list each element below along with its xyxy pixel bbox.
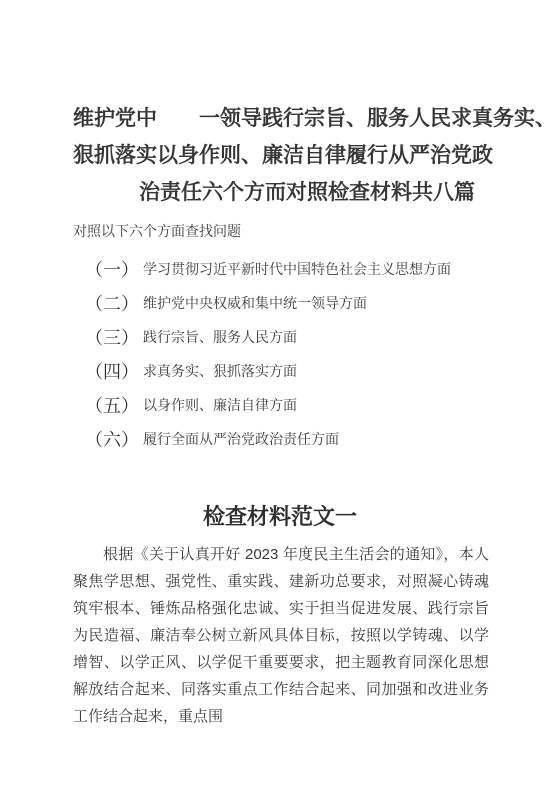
aspect-item-4: （四） 求真务实、狠抓落实方面 [85, 354, 451, 388]
document-title-line-3: 治责任六个方而对照检查材料共八篇 [73, 174, 491, 211]
document-title: 维护党中 一领导践行宗旨、服务人民求真务实、 狠抓落实以身作则、廉洁自律履行从严… [73, 100, 491, 211]
aspect-number: （四） [85, 358, 139, 384]
aspect-label: 以身作则、廉洁自律方面 [143, 395, 297, 415]
aspect-number: （一） [85, 256, 139, 282]
aspect-label: 维护党中央权威和集中统一领导方面 [143, 293, 367, 313]
aspect-label: 履行全面从严治党政治责任方面 [143, 429, 339, 449]
aspect-label: 学习贯彻习近平新时代中国特色社会主义思想方面 [143, 259, 451, 279]
aspect-number: （六） [85, 426, 139, 452]
aspects-intro: 对照以下六个方面查找问题 [73, 221, 241, 241]
aspect-item-2: （二） 维护党中央权威和集中统一领导方面 [85, 286, 451, 320]
aspect-number: （二） [85, 290, 139, 316]
aspect-item-5: （五） 以身作则、廉洁自律方面 [85, 388, 451, 422]
aspect-item-1: （一） 学习贯彻习近平新时代中国特色社会主义思想方面 [85, 252, 451, 286]
aspect-label: 践行宗旨、服务人民方面 [143, 327, 297, 347]
document-title-line-2: 狠抓落实以身作则、廉洁自律履行从严治党政 [73, 137, 491, 174]
aspect-item-3: （三） 践行宗旨、服务人民方面 [85, 320, 451, 354]
aspect-item-6: （六） 履行全面从严治党政治责任方面 [85, 422, 451, 456]
sample-paragraph: 根据《关于认真开好 2023 年度民主生活会的通知》，本人聚焦学思想、强党性、重… [73, 541, 489, 730]
document-title-line-1: 维护党中 一领导践行宗旨、服务人民求真务实、 [73, 100, 491, 137]
sample-section-heading: 检查材料范文一 [0, 500, 560, 531]
aspect-label: 求真务实、狠抓落实方面 [143, 361, 297, 381]
document-page: 维护党中 一领导践行宗旨、服务人民求真务实、 狠抓落实以身作则、廉洁自律履行从严… [0, 0, 560, 792]
aspect-number: （三） [85, 324, 139, 350]
aspect-number: （五） [85, 392, 139, 418]
aspect-list: （一） 学习贯彻习近平新时代中国特色社会主义思想方面 （二） 维护党中央权威和集… [85, 252, 451, 456]
